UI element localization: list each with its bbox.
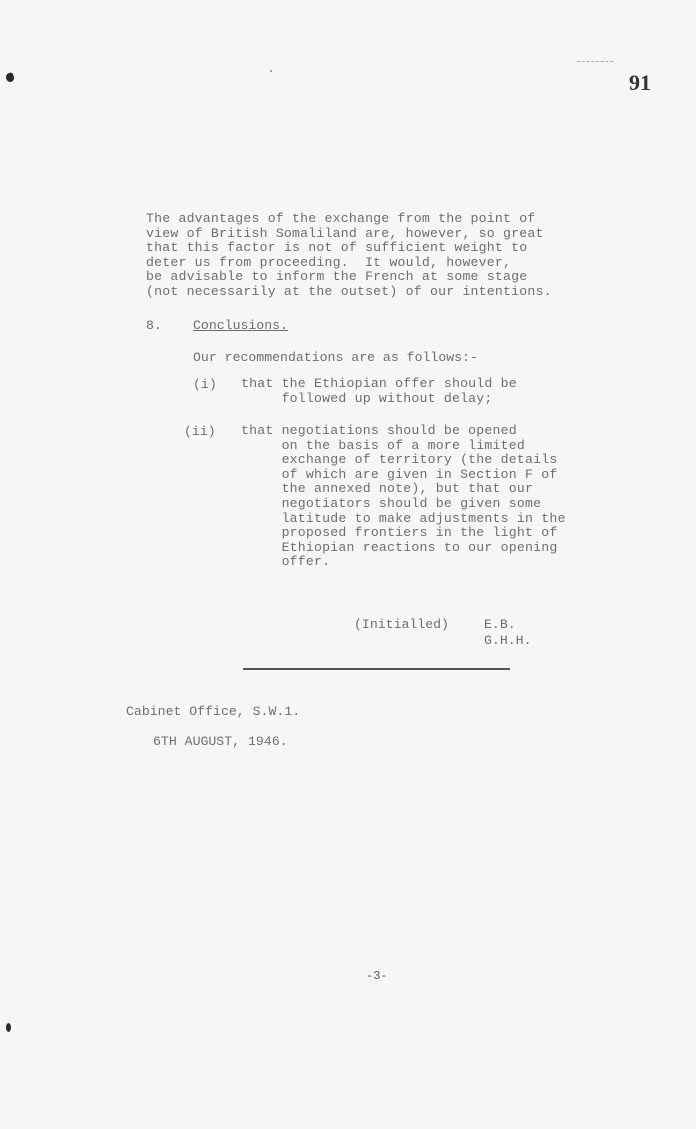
speck-mark: [270, 70, 272, 72]
intro-paragraph: The advantages of the exchange from the …: [146, 212, 552, 300]
recommendation-label: (i): [193, 377, 217, 392]
divider-rule: [243, 668, 510, 670]
recommendations-intro: Our recommendations are as follows:-: [193, 350, 478, 365]
section-number: 8.: [146, 318, 162, 333]
signatory-initials: E.B. G.H.H.: [484, 617, 531, 649]
recommendation-text: that the Ethiopian offer should be follo…: [241, 377, 517, 406]
folio-number: 91: [629, 70, 651, 96]
recommendation-text: that negotiations should be opened on th…: [241, 424, 566, 570]
punch-hole-mark: [6, 1023, 11, 1032]
initialled-label: (Initialled): [354, 617, 449, 632]
punch-hole-mark: [5, 72, 16, 83]
section-title: Conclusions.: [193, 318, 288, 333]
folio-dashes: [577, 61, 613, 62]
office-address: Cabinet Office, S.W.1.: [126, 704, 300, 719]
footer-page-number: -3-: [366, 969, 388, 983]
document-date: 6TH AUGUST, 1946.: [153, 734, 288, 749]
recommendation-label: (ii): [184, 424, 216, 439]
